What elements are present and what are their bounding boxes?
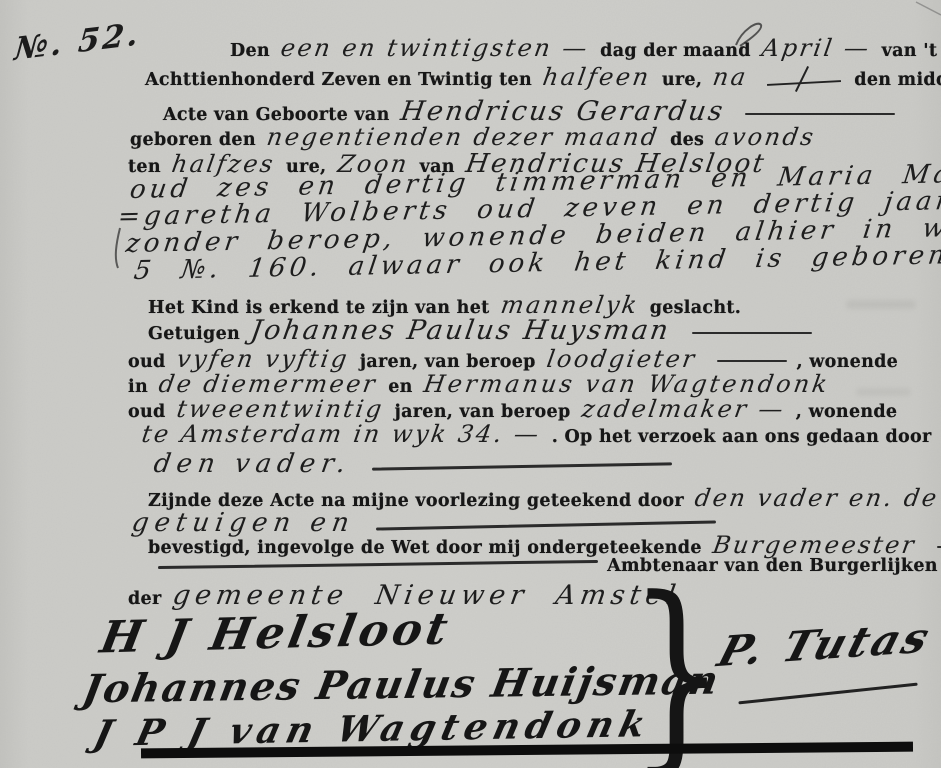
bleed-through-smudge <box>846 300 916 309</box>
grouping-brace: } <box>628 592 726 756</box>
handwritten-witness-2-age: tweeentwintig <box>174 395 385 423</box>
handwritten-day: een en twintigsten — <box>279 34 591 62</box>
handwritten-witness-2-occupation: zadelmaker — <box>579 395 787 423</box>
printed-text: jaren, van beroep <box>360 352 536 372</box>
scanned-birth-record: №. 52. Den een en twintigsten — dag der … <box>0 0 941 768</box>
printed-text: Getuigen <box>148 324 240 344</box>
handwritten-birth-day: negentienden dezer maand <box>265 123 661 151</box>
flourish-line <box>692 332 812 335</box>
printed-text: in <box>128 377 148 397</box>
handwritten-part-of-day: avonds <box>713 123 818 151</box>
crossed-out-stroke <box>767 73 841 89</box>
form-line-year-time: Achttienhonderd Zeven en Twintig ten hal… <box>145 63 941 91</box>
flourish-line <box>717 360 787 363</box>
signature-father: H J Helsloot <box>96 603 455 663</box>
printed-text: en <box>388 377 412 397</box>
handwritten-witness-1-age: vyfen vyftig <box>174 345 350 373</box>
printed-text: . Op het verzoek aan ons gedaan door <box>552 427 932 447</box>
handwritten-witness-1-residence: de diemermeer <box>157 370 379 398</box>
printed-text: ure, <box>662 70 702 90</box>
flourish-line <box>745 113 895 116</box>
flourish-line <box>376 520 716 530</box>
form-line-witness-1-details: oud vyfen vyftig jaren, van beroep loodg… <box>128 345 898 373</box>
handwritten-official-title: Burgemeester <box>711 531 918 559</box>
flourish-line <box>937 546 941 549</box>
handwritten-line-parents-4: 5 №. 160. alwaar ook het kind is geboren… <box>132 256 941 286</box>
printed-text: bevestigd, ingevolge de Wet door mij ond… <box>148 538 702 558</box>
handwritten-meridiem: na <box>711 63 750 91</box>
handwritten-signers: den vader en. de <box>693 484 941 512</box>
form-line-witness-2-details: oud tweeentwintig jaren, van beroep zade… <box>128 395 897 423</box>
printed-text: geboren den <box>130 130 256 150</box>
flourish-line <box>372 462 672 470</box>
form-line-witness-2-name: in de diemermeer en Hermanus van Wagtend… <box>128 370 836 398</box>
form-line-birth-date: geboren den negentienden dezer maand des… <box>130 123 822 151</box>
printed-text: Acte van Geboorte van <box>163 105 390 125</box>
handwritten-month: April — <box>760 34 873 62</box>
printed-text: Den <box>230 41 270 61</box>
form-line-request: te Amsterdam in wyk 34. — . Op het verzo… <box>136 420 932 448</box>
form-line-date: Den een en twintigsten — dag der maand A… <box>230 34 941 62</box>
printed-text: den middag. <box>854 70 941 90</box>
handwritten-declarant: den vader. <box>152 449 354 479</box>
document-page: { "document": { "kind": "Acte van Geboor… <box>0 0 941 768</box>
printed-text: Achttienhonderd Zeven en Twintig ten <box>145 70 532 90</box>
form-line-registrar-title: Ambtenaar van den Burgerlijken Stand <box>148 556 941 576</box>
printed-text: oud <box>128 352 166 372</box>
registration-number: №. 52. <box>13 16 142 68</box>
handwritten-witness-1-occupation: loodgieter <box>545 345 699 373</box>
form-line-witness-1-name: Getuigen Johannes Paulus Huysman <box>148 315 816 346</box>
printed-text: oud <box>128 402 166 422</box>
printed-text: van 't jaar <box>882 41 941 61</box>
handwritten-witness-2-residence: te Amsterdam in wyk 34. — <box>140 420 543 448</box>
flourish-line <box>158 559 598 568</box>
printed-text: , wonende <box>797 352 899 372</box>
handwritten-hour: halfeen <box>541 63 653 91</box>
form-line-confirmation: bevestigd, ingevolge de Wet door mij ond… <box>148 531 941 559</box>
handwritten-witness-1-name: Johannes Paulus Huysman <box>249 315 673 346</box>
signature-registrar: P. Tutas <box>712 613 937 676</box>
handwritten-witness-2-name: Hermanus van Wagtendonk <box>422 370 832 398</box>
printed-text: , wonende <box>796 402 898 422</box>
printed-text: der <box>128 589 162 609</box>
signature-flourish <box>738 683 917 704</box>
handwritten-line-declarant: den vader. <box>148 449 676 479</box>
printed-text: jaren, van beroep <box>395 402 571 422</box>
printed-text: des <box>670 130 704 150</box>
printed-text: dag der maand <box>600 41 751 61</box>
